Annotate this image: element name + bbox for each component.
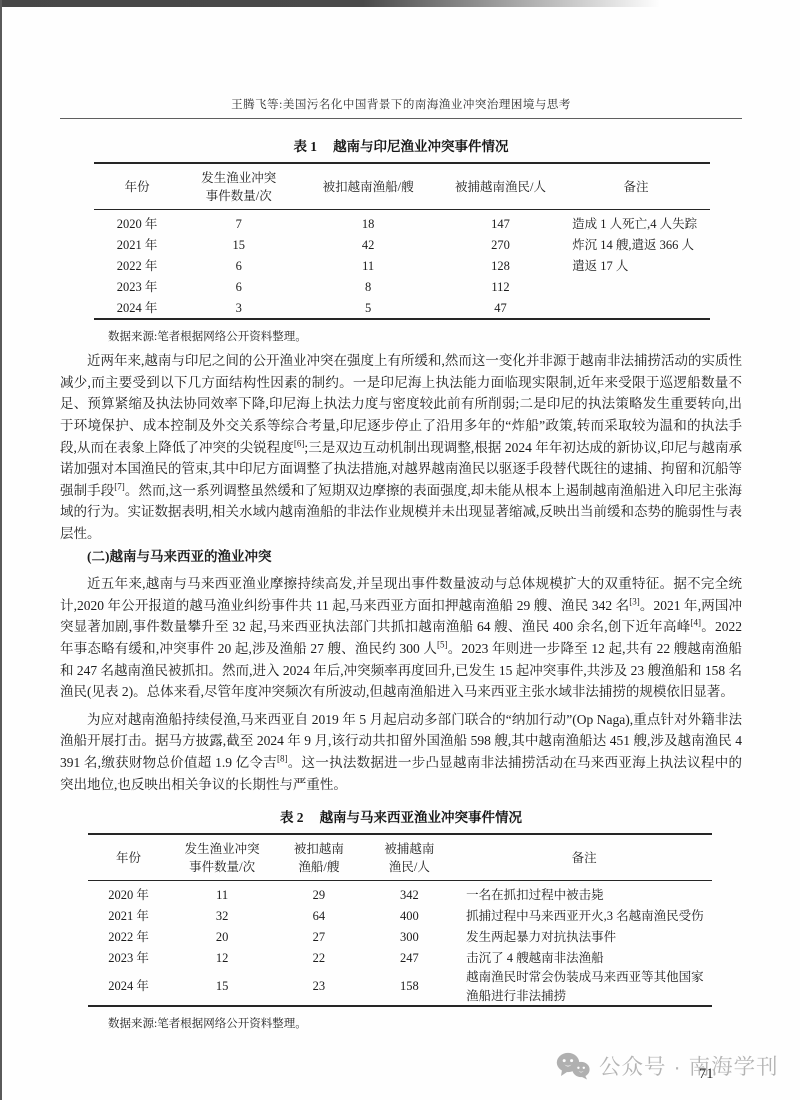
table1-header-year: 年份 <box>94 163 180 210</box>
table1-header-fishermen: 被捕越南渔民/人 <box>439 163 562 210</box>
table1-header-ships: 被扣越南渔船/艘 <box>297 163 439 210</box>
table-cell: 造成 1 人死亡,4 人失踪 <box>562 210 710 235</box>
table-cell: 22 <box>275 947 362 968</box>
table-cell: 47 <box>439 297 562 319</box>
ref-8: [8] <box>277 753 288 763</box>
table1-caption-label: 表 1 <box>293 139 317 154</box>
table-cell: 29 <box>275 881 362 906</box>
table-row: 2021 年 15 42 270 炸沉 14 艘,遣返 366 人 <box>94 234 710 255</box>
table2-header-remark: 备注 <box>456 834 712 881</box>
table-cell: 2020 年 <box>88 881 169 906</box>
table-cell: 8 <box>297 276 439 297</box>
table-cell <box>562 276 710 297</box>
table-row: 2023 年 6 8 112 <box>94 276 710 297</box>
table1-header-row: 年份 发生渔业冲突 事件数量/次 被扣越南渔船/艘 被捕越南渔民/人 备注 <box>94 163 710 210</box>
ref-7: [7] <box>114 481 125 491</box>
table2-header-incidents: 发生渔业冲突 事件数量/次 <box>169 834 275 881</box>
table-row: 2024 年 3 5 47 <box>94 297 710 319</box>
table2-caption-title: 越南与马来西亚渔业冲突事件情况 <box>320 810 523 825</box>
table2: 年份 发生渔业冲突 事件数量/次 被扣越南 渔船/艘 被捕越南 渔民/人 备注 … <box>88 833 712 1007</box>
table-cell: 炸沉 14 艘,遣返 366 人 <box>562 234 710 255</box>
ref-6: [6] <box>294 438 305 448</box>
table-cell: 越南渔民时常会伪装成马来西亚等其他国家渔船进行非法捕捞 <box>456 968 712 1005</box>
table-cell: 112 <box>439 276 562 297</box>
table-cell: 32 <box>169 905 275 926</box>
table-cell: 7 <box>180 210 297 235</box>
table1-header-remark: 备注 <box>562 163 710 210</box>
table-cell: 342 <box>363 881 457 906</box>
journal-page: 王腾飞等:美国污名化中国背景下的南海渔业冲突治理困境与思考 表 1越南与印尼渔业… <box>0 0 800 1100</box>
table-cell: 2022 年 <box>94 255 180 276</box>
table-cell: 400 <box>363 905 457 926</box>
ref-3: [3] <box>629 596 640 606</box>
table-cell: 147 <box>439 210 562 235</box>
table2-header-ships: 被扣越南 渔船/艘 <box>275 834 362 881</box>
table-row: 2022 年 6 11 128 遣返 17 人 <box>94 255 710 276</box>
watermark: 公众号 · 南海学刊 <box>556 1050 779 1081</box>
table-cell: 2021 年 <box>88 905 169 926</box>
paragraph-2: 近五年来,越南与马来西亚渔业摩擦持续高发,并呈现出事件数量波动与总体规模扩大的双… <box>60 573 742 703</box>
running-head: 王腾飞等:美国污名化中国背景下的南海渔业冲突治理困境与思考 <box>60 96 742 112</box>
table-cell: 2024 年 <box>94 297 180 319</box>
table-cell: 3 <box>180 297 297 319</box>
table1-source: 数据来源:笔者根据网络公开资料整理。 <box>108 328 742 344</box>
wechat-icon <box>556 1052 590 1080</box>
paragraph-text: 。然而,这一系列调整虽然缓和了短期双边摩擦的表面强度,却未能从根本上遏制越南渔船… <box>60 483 742 541</box>
table2-caption: 表 2越南与马来西亚渔业冲突事件情况 <box>60 806 742 826</box>
table-cell: 15 <box>169 968 275 1005</box>
table2-header-fishermen: 被捕越南 渔民/人 <box>363 834 457 881</box>
table-row: 2023 年 12 22 247 击沉了 4 艘越南非法渔船 <box>88 947 712 968</box>
table-cell: 15 <box>180 234 297 255</box>
table-row: 2020 年 7 18 147 造成 1 人死亡,4 人失踪 <box>94 210 710 235</box>
table-cell: 6 <box>180 255 297 276</box>
ref-5: [5] <box>437 639 448 649</box>
table2-caption-label: 表 2 <box>280 810 304 825</box>
section-heading: (二)越南与马来西亚的渔业冲突 <box>60 546 742 568</box>
table-cell: 2023 年 <box>88 947 169 968</box>
table-cell: 64 <box>275 905 362 926</box>
table2-source: 数据来源:笔者根据网络公开资料整理。 <box>108 1015 742 1031</box>
table1: 年份 发生渔业冲突 事件数量/次 被扣越南渔船/艘 被捕越南渔民/人 备注 20… <box>94 162 710 320</box>
table1-header-incidents: 发生渔业冲突 事件数量/次 <box>180 163 297 210</box>
table-cell: 一名在抓扣过程中被击毙 <box>456 881 712 906</box>
table-cell: 2022 年 <box>88 926 169 947</box>
ref-4: [4] <box>690 618 701 628</box>
table-cell: 11 <box>169 881 275 906</box>
table1-caption: 表 1越南与印尼渔业冲突事件情况 <box>60 135 742 155</box>
table-cell: 抓捕过程中马来西亚开火,3 名越南渔民受伤 <box>456 905 712 926</box>
table-cell: 300 <box>363 926 457 947</box>
table-cell: 2024 年 <box>88 968 169 1005</box>
table1-caption-title: 越南与印尼渔业冲突事件情况 <box>333 139 509 154</box>
watermark-text: 公众号 · 南海学刊 <box>599 1050 779 1081</box>
table-cell: 2021 年 <box>94 234 180 255</box>
table-cell: 20 <box>169 926 275 947</box>
table-cell: 23 <box>275 968 362 1005</box>
header-rule <box>60 118 742 119</box>
table-cell: 247 <box>363 947 457 968</box>
table-cell: 发生两起暴力对抗执法事件 <box>456 926 712 947</box>
table-cell: 18 <box>297 210 439 235</box>
table2-header-year: 年份 <box>88 834 169 881</box>
table-cell: 12 <box>169 947 275 968</box>
table-cell: 5 <box>297 297 439 319</box>
table-cell: 6 <box>180 276 297 297</box>
table-row: 2022 年 20 27 300 发生两起暴力对抗执法事件 <box>88 926 712 947</box>
table-cell: 270 <box>439 234 562 255</box>
table-cell: 158 <box>363 968 457 1005</box>
table-cell: 2020 年 <box>94 210 180 235</box>
table-row: 2024 年 15 23 158 越南渔民时常会伪装成马来西亚等其他国家渔船进行… <box>88 968 712 1005</box>
table-cell: 遣返 17 人 <box>562 255 710 276</box>
paragraph-1: 近两年来,越南与印尼之间的公开渔业冲突在强度上有所缓和,然而这一变化并非源于越南… <box>60 350 742 544</box>
paragraph-3: 为应对越南渔船持续侵渔,马来西亚自 2019 年 5 月起启动多部门联合的“纳加… <box>60 709 742 795</box>
table-cell: 击沉了 4 艘越南非法渔船 <box>456 947 712 968</box>
table-cell: 42 <box>297 234 439 255</box>
table-cell: 2023 年 <box>94 276 180 297</box>
table-row: 2020 年 11 29 342 一名在抓扣过程中被击毙 <box>88 881 712 906</box>
table-cell: 11 <box>297 255 439 276</box>
table-cell: 27 <box>275 926 362 947</box>
page-number: 71 <box>699 1066 714 1083</box>
table-cell <box>562 297 710 319</box>
table-row: 2021 年 32 64 400 抓捕过程中马来西亚开火,3 名越南渔民受伤 <box>88 905 712 926</box>
page-content: 王腾飞等:美国污名化中国背景下的南海渔业冲突治理困境与思考 表 1越南与印尼渔业… <box>60 0 742 1031</box>
scan-edge-left <box>0 0 2 1100</box>
table2-header-row: 年份 发生渔业冲突 事件数量/次 被扣越南 渔船/艘 被捕越南 渔民/人 备注 <box>88 834 712 881</box>
table-cell: 128 <box>439 255 562 276</box>
